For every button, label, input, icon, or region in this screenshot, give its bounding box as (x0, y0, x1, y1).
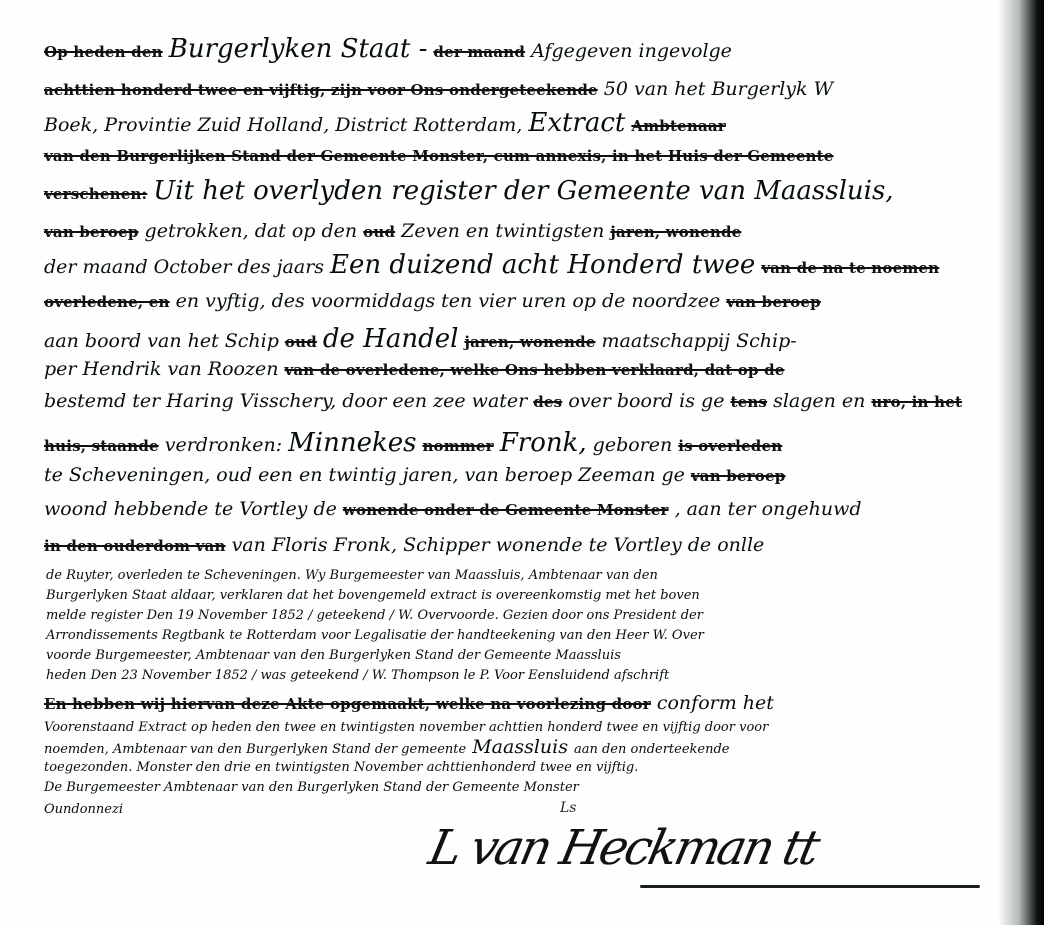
struck-printed-text: jaren, wonende (610, 225, 741, 240)
signature-flourish (640, 885, 980, 888)
struck-printed-text: van de overledene, welke Ons hebben verk… (284, 363, 784, 378)
document-line: voorde Burgemeester, Ambtenaar van den B… (46, 646, 627, 662)
struck-printed-text: wonende onder de Gemeente Monster (343, 503, 669, 518)
document-line: Oundonnezi (44, 800, 129, 816)
signature-prefix: Ls (560, 800, 576, 816)
struck-printed-text: van de na te noemen (761, 261, 939, 276)
document-line: heden Den 23 November 1852 / was geteeke… (46, 666, 675, 682)
document-line: van beroepgetrokken, dat op denoudZeven … (44, 222, 747, 241)
handwritten-text: Zeven en twintigsten (401, 222, 604, 241)
handwritten-text: Maassluis (472, 738, 568, 757)
struck-printed-text: van beroep (44, 225, 139, 240)
document-line: melde register Den 19 November 1852 / ge… (46, 606, 709, 622)
struck-printed-text: oud (363, 225, 395, 240)
handwritten-text: Boek, Provintie Zuid Holland, District R… (44, 116, 522, 135)
handwritten-text: Oundonnezi (44, 803, 123, 816)
document-line: der maand October des jaarsEen duizend a… (44, 252, 945, 278)
handwritten-text: heden Den 23 November 1852 / was geteeke… (46, 669, 669, 682)
handwritten-text: maatschappij Schip- (602, 332, 797, 351)
document-line: huis, staandeverdronken:MinnekesnommerFr… (44, 430, 788, 456)
handwritten-text: de Handel (323, 326, 459, 352)
document-line: En hebben wij hiervan deze Akte opgemaak… (44, 694, 780, 713)
handwritten-text: Afgegeven ingevolge (531, 42, 732, 61)
struck-printed-text: tens (730, 395, 767, 410)
struck-printed-text: Op heden den (44, 45, 163, 60)
document-line: Op heden denBurgerlyken Staat -der maand… (44, 36, 738, 62)
document-line: per Hendrik van Roozenvan de overledene,… (44, 360, 791, 379)
struck-printed-text: nommer (422, 439, 493, 454)
handwritten-text: der maand October des jaars (44, 258, 324, 277)
handwritten-text: voorde Burgemeester, Ambtenaar van den B… (46, 649, 621, 662)
handwritten-text: Minnekes (288, 430, 416, 456)
handwritten-text: getrokken, dat op den (145, 222, 358, 241)
document-line: verschenen:Uit het overlyden register de… (44, 178, 900, 204)
handwritten-text: aan boord van het Schip (44, 332, 279, 351)
handwritten-text: verdronken: (165, 436, 282, 455)
struck-printed-text: der maand (433, 45, 525, 60)
handwritten-text: woond hebbende te Vortley de (44, 500, 337, 519)
struck-printed-text: oud (285, 335, 317, 350)
document-line: Burgerlyken Staat aldaar, verklaren dat … (46, 586, 706, 602)
document-line: noemden, Ambtenaar van den Burgerlyken S… (44, 738, 736, 757)
document-line: overledene, enen vyftig, des voormiddags… (44, 292, 827, 311)
handwritten-text: de Ruyter, overleden te Scheveningen. Wy… (46, 569, 658, 582)
struck-printed-text: huis, staande (44, 439, 159, 454)
document-line: woond hebbende te Vortley dewonende onde… (44, 500, 868, 519)
handwritten-text: Een duizend acht Honderd twee (330, 252, 755, 278)
struck-printed-text: Ambtenaar (631, 119, 726, 134)
handwritten-text: Extract (528, 110, 625, 136)
document-line: te Scheveningen, oud een en twintig jare… (44, 466, 791, 485)
signature: L van Heckman tt (424, 820, 822, 876)
handwritten-text: bestemd ter Haring Visschery, door een z… (44, 392, 527, 411)
handwritten-text: Burgerlyken Staat aldaar, verklaren dat … (46, 589, 700, 602)
handwritten-text: aan den onderteekende (574, 743, 730, 756)
struck-printed-text: van beroep (691, 469, 786, 484)
struck-printed-text: overledene, en (44, 295, 170, 310)
struck-printed-text: jaren, wonende (464, 335, 595, 350)
handwritten-text: Burgerlyken Staat - (169, 36, 428, 62)
handwritten-text: Voorenstaand Extract op heden den twee e… (44, 721, 768, 734)
scanned-document-page: Op heden denBurgerlyken Staat -der maand… (0, 0, 1044, 925)
document-line: bestemd ter Haring Visschery, door een z… (44, 392, 968, 411)
handwritten-text: van Floris Fronk, Schipper wonende te Vo… (232, 536, 765, 555)
handwritten-text: Arrondissements Regtbank te Rotterdam vo… (46, 629, 704, 642)
document-line: Boek, Provintie Zuid Holland, District R… (44, 110, 732, 136)
page-binding-shadow (998, 0, 1044, 925)
struck-printed-text: verschenen: (44, 187, 147, 202)
struck-printed-text: uro, in het (871, 395, 962, 410)
handwritten-text: conform het (657, 694, 774, 713)
handwritten-text: melde register Den 19 November 1852 / ge… (46, 609, 703, 622)
handwritten-text: te Scheveningen, oud een en twintig jare… (44, 466, 685, 485)
handwritten-text: Fronk, (500, 430, 587, 456)
struck-printed-text: is overleden (678, 439, 782, 454)
document-line: Arrondissements Regtbank te Rotterdam vo… (46, 626, 710, 642)
document-line: de Ruyter, overleden te Scheveningen. Wy… (46, 566, 664, 582)
handwritten-text: noemden, Ambtenaar van den Burgerlyken S… (44, 743, 466, 756)
document-line: De Burgemeester Ambtenaar van den Burger… (44, 778, 585, 794)
handwritten-text: 50 van het Burgerlyk W (604, 80, 833, 99)
handwritten-text: De Burgemeester Ambtenaar van den Burger… (44, 781, 579, 794)
document-line: aan boord van het Schipoudde Handeljaren… (44, 326, 803, 352)
handwritten-text: geboren (593, 436, 673, 455)
handwritten-text: toegezonden. Monster den drie en twintig… (44, 761, 638, 774)
document-line: achttien honderd twee en vijftig, zijn v… (44, 80, 839, 99)
handwritten-text: over boord is ge (568, 392, 724, 411)
struck-printed-text: achttien honderd twee en vijftig, zijn v… (44, 83, 598, 98)
handwritten-text: Uit het overlyden register der Gemeente … (153, 178, 893, 204)
handwritten-text: en vyftig, des voormiddags ten vier uren… (176, 292, 721, 311)
handwritten-text: , aan ter ongehuwd (675, 500, 862, 519)
struck-printed-text: in den ouderdom van (44, 539, 226, 554)
handwritten-text: per Hendrik van Roozen (44, 360, 278, 379)
struck-printed-text: des (533, 395, 562, 410)
document-line: van den Burgerlijken Stand der Gemeente … (44, 148, 840, 164)
struck-printed-text: En hebben wij hiervan deze Akte opgemaak… (44, 697, 651, 712)
document-line: toegezonden. Monster den drie en twintig… (44, 758, 644, 774)
document-line: Voorenstaand Extract op heden den twee e… (44, 718, 774, 734)
handwritten-text: slagen en (773, 392, 865, 411)
struck-printed-text: van beroep (726, 295, 821, 310)
document-line: in den ouderdom vanvan Floris Fronk, Sch… (44, 536, 770, 555)
struck-printed-text: van den Burgerlijken Stand der Gemeente … (44, 149, 834, 164)
